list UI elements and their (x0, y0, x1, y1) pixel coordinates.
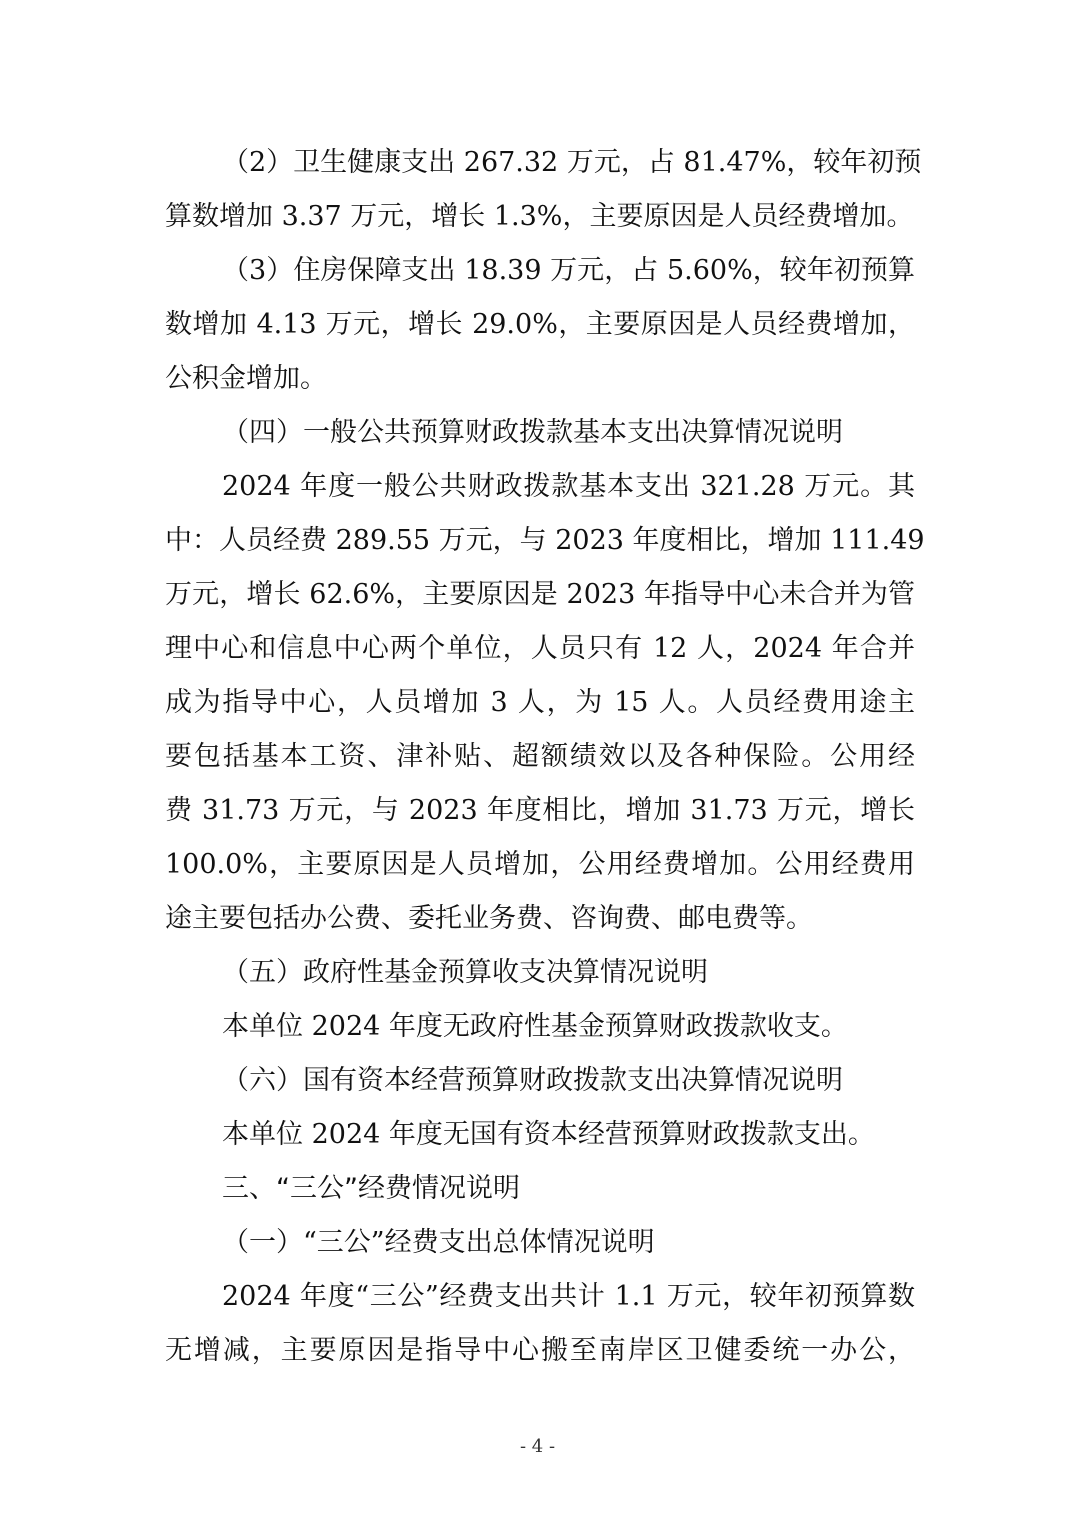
section-heading: （四）一般公共预算财政拨款基本支出决算情况说明 (222, 415, 972, 451)
paragraph-line: 100.0%，主要原因是人员增加，公用经费增加。公用经费用 (165, 847, 915, 883)
paragraph-line: 费 31.73 万元，与 2023 年度相比，增加 31.73 万元，增长 (165, 793, 915, 829)
paragraph-line: 无增减，主要原因是指导中心搬至南岸区卫健委统一办公， (165, 1333, 915, 1369)
paragraph-line: 算数增加 3.37 万元，增长 1.3%，主要原因是人员经费增加。 (165, 199, 915, 235)
paragraph-line: （3）住房保障支出 18.39 万元，占 5.60%，较年初预算 (222, 253, 915, 289)
section-heading: （一）“三公”经费支出总体情况说明 (222, 1225, 972, 1261)
paragraph-line: 本单位 2024 年度无政府性基金预算财政拨款收支。 (222, 1009, 972, 1045)
paragraph-line: 本单位 2024 年度无国有资本经营预算财政拨款支出。 (222, 1117, 972, 1153)
paragraph-line: （2）卫生健康支出 267.32 万元，占 81.47%，较年初预 (222, 145, 915, 181)
section-heading: （五）政府性基金预算收支决算情况说明 (222, 955, 972, 991)
paragraph-line: 数增加 4.13 万元，增长 29.0%，主要原因是人员经费增加， (165, 307, 915, 343)
section-heading: （六）国有资本经营预算财政拨款支出决算情况说明 (222, 1063, 972, 1099)
page-number: - 4 - (0, 1436, 1075, 1457)
paragraph-line: 万元，增长 62.6%，主要原因是 2023 年指导中心未合并为管 (165, 577, 915, 613)
paragraph-line: 要包括基本工资、津补贴、超额绩效以及各种保险。公用经 (165, 739, 915, 775)
chapter-heading: 三、“三公”经费情况说明 (222, 1171, 972, 1207)
paragraph-line: 途主要包括办公费、委托业务费、咨询费、邮电费等。 (165, 901, 915, 937)
paragraph-line: 2024 年度一般公共财政拨款基本支出 321.28 万元。其 (222, 469, 915, 505)
paragraph-line: 成为指导中心，人员增加 3 人，为 15 人。人员经费用途主 (165, 685, 915, 721)
paragraph-line: 2024 年度“三公”经费支出共计 1.1 万元，较年初预算数 (222, 1279, 915, 1315)
paragraph-line: 中：人员经费 289.55 万元，与 2023 年度相比，增加 111.49 (165, 523, 915, 559)
paragraph-line: 公积金增加。 (165, 361, 915, 397)
paragraph-line: 理中心和信息中心两个单位，人员只有 12 人，2024 年合并 (165, 631, 915, 667)
